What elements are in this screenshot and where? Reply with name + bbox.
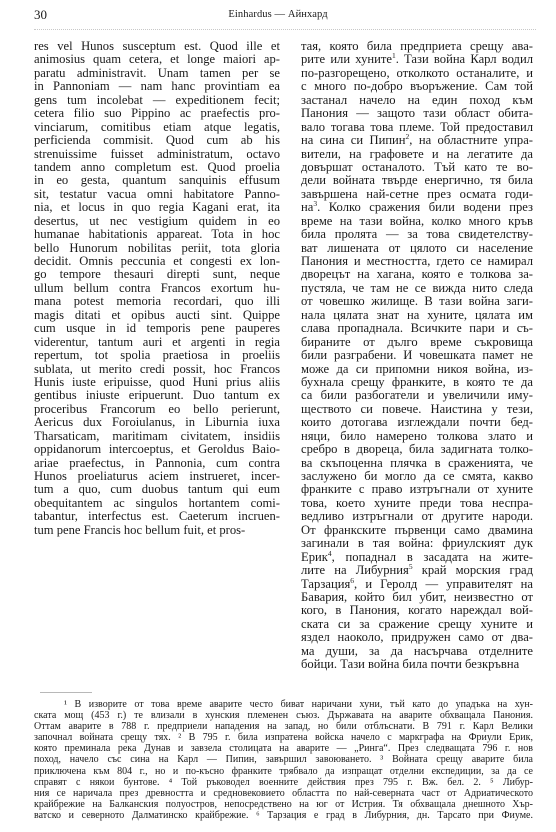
- line-text: слава пропаднала. Всичките пари и съ-: [301, 321, 533, 335]
- line-text: няци, било намерено толкова злато и: [301, 429, 533, 443]
- latin-text-line: tandem anno completum est. Quod proelia: [34, 161, 280, 174]
- line-text: на: [301, 200, 313, 214]
- bulgarian-text-line: с много по-добро въоръжение. Сам той: [301, 80, 533, 93]
- line-text: ва скъпоценна плячка в сраженията, че: [301, 456, 533, 470]
- footnote-line: справят с някои бунтове. ⁴ Той ръководел…: [34, 777, 533, 788]
- line-text: , попаднал в засадата на жите-: [332, 550, 533, 564]
- bulgarian-text-line: ската си за сражение срещу хуните и: [301, 618, 533, 631]
- bulgarian-text-line: довършат останалото. Тъй като те во-: [301, 161, 533, 174]
- line-text: с много по-добро въоръжение. Сам той: [301, 79, 533, 93]
- footnote-divider: [40, 692, 92, 693]
- line-text: по-разгорещено, отколкото останалите, и: [301, 66, 533, 80]
- line-text: яздел наоколо, придружен само от два-: [301, 630, 533, 644]
- line-text: рите или хуните: [301, 52, 392, 66]
- bulgarian-text-line: Тарзация6, и Геролд — управителят на: [301, 578, 533, 591]
- line-text: Тарзация: [301, 577, 350, 591]
- line-text: бираните от дълго време съкровища: [301, 335, 533, 349]
- line-text: франките с право изтръгнали от хуните: [301, 482, 533, 496]
- line-text: . Тази война Карл водил: [396, 52, 533, 66]
- line-text: дворецът на хагана, която е толкова за-: [301, 267, 533, 281]
- bulgarian-text-line: франките с право изтръгнали от хуните: [301, 483, 533, 496]
- latin-text-line: tum pene Francis hoc bellum fuit, et pro…: [34, 524, 280, 537]
- line-text: лите на Либурния: [301, 563, 409, 577]
- latin-text-line: obequitantem ac singulos hortantem comi-: [34, 497, 280, 510]
- line-text: , и Геролд — управителят на: [354, 577, 533, 591]
- bulgarian-text-line: нала цялата знат на хуните, цялата им: [301, 309, 533, 322]
- line-text: Ерик: [301, 550, 328, 564]
- footnote-line: ватско и северното Далматинско крайбрежи…: [34, 810, 533, 821]
- bulgarian-text-line: това, което хуните преди това неспра-: [301, 497, 533, 510]
- latin-text-line: viderentur, tantum auri et argenti in re…: [34, 336, 280, 349]
- bulgarian-text-line: загинали в тая война: фриулският дук: [301, 537, 533, 550]
- line-text: време на тази война, колко много кръв: [301, 214, 533, 228]
- bulgarian-text-line: на3. Колко сражения били водени през: [301, 201, 533, 214]
- latin-text-line: strenuissime fuisset administratum, octa…: [34, 148, 280, 161]
- bulgarian-text-line: няци, било намерено толкова злато и: [301, 430, 533, 443]
- bulgarian-text-line: бираните от дълго време съкровища: [301, 336, 533, 349]
- line-text: може да си припомни никоя война, из-: [301, 362, 533, 376]
- line-text: сребро в дворeца, била задигната толко-: [301, 442, 533, 456]
- bulgarian-text-line: бухнала срещу франките, в която те да: [301, 376, 533, 389]
- bulgarian-text-line: време на тази война, колко много кръв: [301, 215, 533, 228]
- latin-text-line: Aericus dux Foroiulanus, in Liburnia iux…: [34, 416, 280, 429]
- line-text: са били разбогатели и увеличили иму-: [301, 388, 533, 402]
- line-text: ската си за сражение срещу хуните и: [301, 617, 533, 631]
- line-text: край морския град: [413, 563, 533, 577]
- footnote-line: ния се наричала през древността и средно…: [34, 788, 533, 799]
- line-text: . Колко сражения били водени през: [317, 200, 533, 214]
- line-text: ват лишената от цялото си население: [301, 241, 533, 255]
- bulgarian-text-line: ва скъпоценна плячка в сраженията, че: [301, 457, 533, 470]
- bulgarian-text-line: може да си припомни никоя война, из-: [301, 363, 533, 376]
- latin-text-line: decidit. Omnis peccunia et congesti ex l…: [34, 255, 280, 268]
- latin-text-line: cum usque in id temporis pene pauperes: [34, 322, 280, 335]
- line-text: Панония — защото тази област обита-: [301, 106, 533, 120]
- bulgarian-text-line: Панония и местността, гдето се намирал: [301, 255, 533, 268]
- latin-text-line: magis ditati et opibus aucti sint. Quipp…: [34, 309, 280, 322]
- line-text: тая, която била предприета срещу ава-: [301, 39, 533, 53]
- footnote-line: започнал войната срещу тях. ² В 795 г. б…: [34, 732, 533, 743]
- line-text: ществото си повече. Наистина у тези,: [301, 402, 533, 416]
- line-text: завършена най-сетне през осмата годи-: [301, 187, 533, 201]
- bulgarian-text-line: сребро в дворeца, била задигната толко-: [301, 443, 533, 456]
- line-text: ма души, за да насърчава отделните: [301, 644, 533, 658]
- latin-text-line: gens tum incolebat — expeditionem fecit;: [34, 94, 280, 107]
- line-text: От франкските първенци само двамина: [301, 523, 533, 537]
- line-text: , на областните упра-: [409, 133, 533, 147]
- line-text: дели войната твърде енергично, тя била: [301, 173, 533, 187]
- latin-text-line: sublata, ut merito credi possit, hoc Fra…: [34, 363, 280, 376]
- latin-text-line: vinciarum, comitibus etiam atque legatis…: [34, 121, 280, 134]
- footnotes: ¹ В изворите от това време аварите често…: [34, 699, 533, 821]
- bulgarian-text-line: дворецът на хагана, която е толкова за-: [301, 268, 533, 281]
- bulgarian-text-line: заслужено би могло да се смята, какво: [301, 470, 533, 483]
- bulgarian-text-line: вители, на графовете и на легатите да: [301, 148, 533, 161]
- bulgarian-text-line: били разграбени. И човешката памет не: [301, 349, 533, 362]
- footnote-line: която преминала река Дунав и завзела сто…: [34, 743, 533, 754]
- line-text: заслужено би могло да се смята, какво: [301, 469, 533, 483]
- footnote-line: ¹ В изворите от това време аварите често…: [34, 699, 533, 710]
- bulgarian-text-line: пустяла, че там не се вижда нито следа: [301, 282, 533, 295]
- footnote-line: ската мощ (453 г.) те влизали в хунския …: [34, 710, 533, 721]
- running-title: Einhardus — Айнхард: [0, 9, 556, 20]
- latin-text-line: cetera filio suo Pippino ac praefectis p…: [34, 107, 280, 120]
- latin-text-line: gentibus iniuste eripuerunt. Duo tantum …: [34, 389, 280, 402]
- line-text: това, което хуните преди това неспра-: [301, 496, 533, 510]
- bulgarian-text-line: слава пропаднала. Всичките пари и съ-: [301, 322, 533, 335]
- latin-text-line: tabantur, interfectus est. Caeterum incr…: [34, 510, 280, 523]
- bulgarian-text-line: по-разгорещено, отколкото останалите, и: [301, 67, 533, 80]
- latin-text-line: Hunis iuste eripuisse, quod Huni prius a…: [34, 376, 280, 389]
- line-text: застанал начело на един поход към: [301, 93, 533, 107]
- latin-text-line: res vel Hunos susceptum est. Quod ille e…: [34, 40, 280, 53]
- line-text: от човешко жилище. В тази война заги-: [301, 294, 533, 308]
- bulgarian-text-line: Панония — защото тази област обита-: [301, 107, 533, 120]
- latin-text-line: go tempore thesauri direpti sunt, neque: [34, 268, 280, 281]
- line-text: вители, на графовете и на легатите да: [301, 147, 533, 161]
- bulgarian-text-line: ма души, за да насърчава отделните: [301, 645, 533, 658]
- line-text: довършат останалото. Тъй като те во-: [301, 160, 533, 174]
- latin-text-line: sit, testatur vacua omni habitatore Pann…: [34, 188, 280, 201]
- line-text: нала цялата знат на хуните, цялата им: [301, 308, 533, 322]
- line-text: Бавария, който бил убит, неизвестно от: [301, 590, 533, 604]
- bulgarian-text-line: ведливо изтръгнали от другите народи.: [301, 510, 533, 523]
- bulgarian-text-line: дели войната твърде енергично, тя била: [301, 174, 533, 187]
- line-text: Панония и местността, гдето се намирал: [301, 254, 533, 268]
- line-text: бухнала срещу франките, в която те да: [301, 375, 533, 389]
- line-text: на сина си Пипин: [301, 133, 406, 147]
- latin-text-line: in Pannoniam — nam hanc provintiam ea: [34, 80, 280, 93]
- bulgarian-column: тая, която била предприета срещу ава-рит…: [301, 40, 533, 672]
- line-text: вало тогава това племе. Той предоставил: [301, 120, 533, 134]
- latin-text-line: oppidanorum intercoeptus, et Geroldus Ba…: [34, 443, 280, 456]
- latin-text-line: perficienda commisit. Quod cum ab his: [34, 134, 280, 147]
- line-text: загинали в тая война: фриулският дук: [301, 536, 533, 550]
- bulgarian-text-line: ват лишената от цялото си население: [301, 242, 533, 255]
- latin-text-line: tum a quo, cum duobus tantum qui eum: [34, 483, 280, 496]
- bulgarian-text-line: от човешко жилище. В тази война заги-: [301, 295, 533, 308]
- latin-text-line: ullum bellum contra Francos exortum hu-: [34, 282, 280, 295]
- latin-text-line: in eo gesta, quantum sanquinis effusum: [34, 174, 280, 187]
- footnote-line: Оттам аварите в 788 г. предприели нападе…: [34, 721, 533, 732]
- bulgarian-text-line: бойци. Тази война била почти безкръвна: [301, 658, 533, 671]
- latin-text-line: Hunos proeliaturus aciem instrueret, inc…: [34, 470, 280, 483]
- bulgarian-text-line: Бавария, който бил убит, неизвестно от: [301, 591, 533, 604]
- latin-text-line: Tharsaticam, maritimam civitatem, insidi…: [34, 430, 280, 443]
- line-text: които дотогава изглеждали почти бед-: [301, 415, 533, 429]
- latin-text-line: nia, et locus in quo regia Kagani erat, …: [34, 201, 280, 214]
- latin-text-line: animosius quam cetera, et longe maiori a…: [34, 53, 280, 66]
- header-divider: [34, 29, 536, 30]
- latin-text-line: desertus, ut nec vestigium quidem in eo: [34, 215, 280, 228]
- bulgarian-text-line: рите или хуните1. Тази война Карл водил: [301, 53, 533, 66]
- latin-text-line: paratu administravit. Unam tamen per se: [34, 67, 280, 80]
- line-text: бойци. Тази война била почти безкръвна: [301, 657, 519, 671]
- line-text: били разграбени. И човешката памет не: [301, 348, 533, 362]
- bulgarian-text-line: ществото си повече. Наистина у тези,: [301, 403, 533, 416]
- bulgarian-text-line: лите на Либурния5 край морския град: [301, 564, 533, 577]
- line-text: кого, в Панония, когато нареждал вой-: [301, 603, 533, 617]
- bulgarian-text-line: От франкските първенци само двамина: [301, 524, 533, 537]
- latin-text-line: repertum, tot spolia praetiosa in proeli…: [34, 349, 280, 362]
- line-text: била пролята — за това свидетелству-: [301, 227, 533, 241]
- latin-text-line: bello Hunorum nobilitas periit, tota glo…: [34, 242, 280, 255]
- latin-text-line: humanae habitationis appareat. Tota in h…: [34, 228, 280, 241]
- bulgarian-text-line: които дотогава изглеждали почти бед-: [301, 416, 533, 429]
- bulgarian-text-line: яздел наоколо, придружен само от два-: [301, 631, 533, 644]
- line-text: пустяла, че там не се вижда нито следа: [301, 281, 533, 295]
- latin-text-line: ariae praefectus, in Pannonia, cum contr…: [34, 457, 280, 470]
- bulgarian-text-line: кого, в Панония, когато нареждал вой-: [301, 604, 533, 617]
- bulgarian-text-line: на сина си Пипин2, на областните упра-: [301, 134, 533, 147]
- latin-text-line: mana potest memoria recordari, quo illi: [34, 295, 280, 308]
- latin-column: res vel Hunos susceptum est. Quod ille e…: [34, 40, 280, 537]
- line-text: ведливо изтръгнали от другите народи.: [301, 509, 533, 523]
- footnote-line: поход, начело със сина на Карл — Пипин, …: [34, 754, 533, 765]
- bulgarian-text-line: била пролята — за това свидетелству-: [301, 228, 533, 241]
- footnote-line: приключена към 804 г., но и по-късно фра…: [34, 766, 533, 777]
- bulgarian-text-line: са били разбогатели и увеличили иму-: [301, 389, 533, 402]
- bulgarian-text-line: застанал начело на един поход към: [301, 94, 533, 107]
- latin-text-line: proceribus Francorum eo bello perierunt,: [34, 403, 280, 416]
- footnote-line: крайбрежие на Балканския полуостров, неп…: [34, 799, 533, 810]
